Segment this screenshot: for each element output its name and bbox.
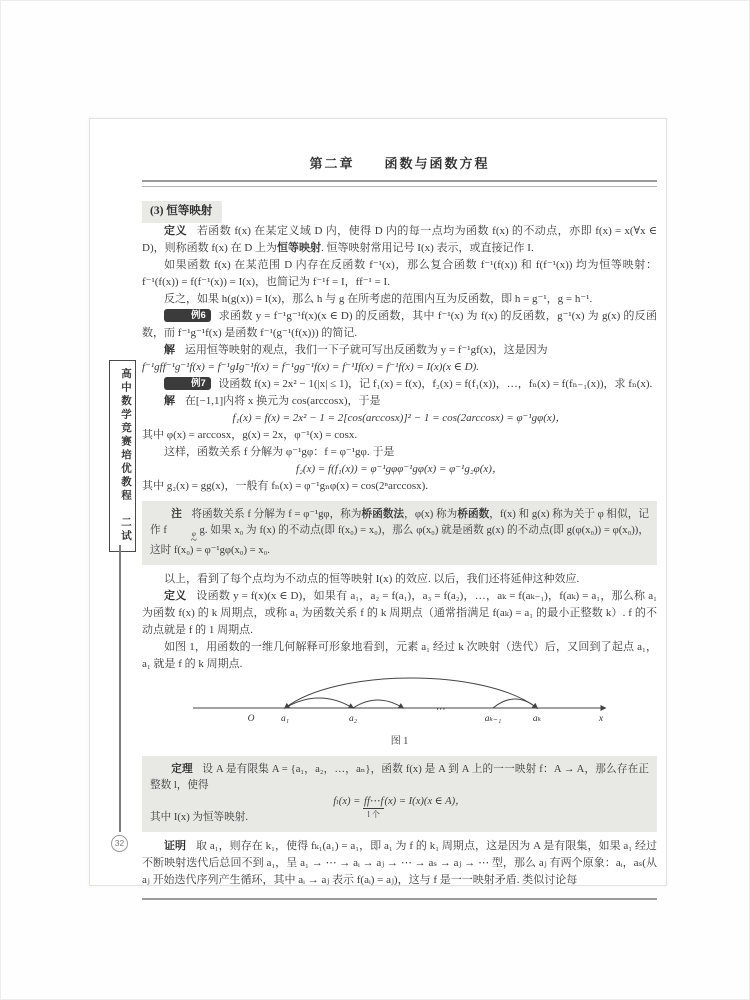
- solution-6-text: 运用恒等映射的观点，我们一下子就可写出反函数为 y = f⁻¹gf(x)，这是因…: [185, 344, 548, 356]
- underbrace-body: ff⋯f: [363, 796, 384, 809]
- underbrace-label: l 个: [368, 810, 380, 819]
- paragraph-inverse-composition: 如果函数 f(x) 在某范围 D 内存在反函数 f⁻¹(x)，那么复合函数 f⁻…: [142, 257, 657, 291]
- solution-label: 解: [164, 344, 175, 356]
- origin-label: O: [247, 714, 254, 724]
- page-content: 第二章 函数与函数方程 (3) 恒等映射 定义若函数 f(x) 在某定义域 D …: [142, 155, 657, 900]
- theorem-formula: fₗ(x) = ff⋯fl 个(x) = I(x)(x ∈ A)，: [150, 794, 649, 810]
- figure-1-number-line: O a₁ a₂ ⋯ aₖ₋₁ aₖ x: [185, 676, 615, 726]
- paragraph-definition-periodic-point: 定义设函数 y = f(x)(x ∈ D)，如果有 a₁，a₂ = f(a₁)，…: [142, 588, 657, 639]
- note-seg2: ，φ(x) 称为: [404, 509, 457, 520]
- example-6-text: 求函数 y = f⁻¹g⁻¹f(x)(x ∈ D) 的反函数，其中 f⁻¹(x)…: [142, 310, 657, 339]
- paragraph-effect: 以上，看到了每个点均为不动点的恒等映射 I(x) 的效应. 以后，我们还将延伸这…: [142, 571, 657, 588]
- arc-a2-forward: [353, 700, 403, 708]
- arc-ak1-to-ak: [493, 699, 537, 708]
- theorem-box: 定理设 A 是有限集 A = {a₁，a₂，…，aₙ}，函数 f(x) 是 A …: [142, 756, 657, 832]
- proof-text: 取 a₁，则存在 k₁，使得 fₖ₁(a₁) = a₁，即 a₁ 为 f 的 k…: [142, 840, 657, 886]
- solution-7-text: 在[−1,1]内将 x 换元为 cos(arccosx)，于是: [185, 395, 381, 407]
- paragraph-example-7: 例7设函数 f(x) = 2x² − 1(|x| ≤ 1)，记 f₁(x) = …: [142, 376, 657, 393]
- underbrace-group: ff⋯fl 个: [363, 794, 384, 810]
- term-identity-mapping: 恒等映射: [277, 242, 321, 254]
- paragraph-definition-identity: 定义若函数 f(x) 在某定义域 D 内，使得 D 内的每一点均为函数 f(x)…: [142, 223, 657, 257]
- point-a1-label: a₁: [280, 714, 288, 724]
- point-ak-minus1-label: aₖ₋₁: [484, 714, 501, 724]
- spine-divider-line: [119, 545, 121, 832]
- ellipsis-label: ⋯: [435, 705, 445, 715]
- paragraph-figure-intro: 如图 1，用函数的一维几何解释可形象地看到，元素 a₁ 经过 k 次映射（迭代）…: [142, 639, 657, 673]
- book-page: 高中数学竞赛培优教程 二试 32 第二章 函数与函数方程 (3) 恒等映射 定义…: [89, 118, 667, 886]
- proof-label: 证明: [164, 840, 186, 852]
- example-6-badge: 例6: [164, 309, 211, 322]
- tilde-phi-symbol: φ~: [170, 531, 197, 543]
- page-number: 32: [111, 835, 128, 852]
- tilde-base: ~: [170, 537, 197, 543]
- x-axis-label: x: [597, 714, 603, 724]
- chapter-running-head: 第二章 函数与函数方程: [142, 155, 657, 172]
- theorem-label: 定理: [171, 764, 193, 775]
- arc-a1-to-a2: [285, 698, 353, 708]
- definition-label: 定义: [164, 225, 187, 237]
- theorem-formula-pre: fₗ(x) =: [333, 796, 363, 807]
- paragraph-converse: 反之，如果 h(g(x)) = I(x)，那么 h 与 g 在所考虑的范围内互为…: [142, 291, 657, 308]
- paragraph-solution-6: 解运用恒等映射的观点，我们一下子就可写出反函数为 y = f⁻¹gf(x)，这是…: [142, 342, 657, 359]
- theorem-statement: 定理设 A 是有限集 A = {a₁，a₂，…，aₙ}，函数 f(x) 是 A …: [150, 762, 649, 794]
- book-spine-label: 高中数学竞赛培优教程 二试: [109, 360, 136, 552]
- screenshot-frame: 高中数学竞赛培优教程 二试 32 第二章 函数与函数方程 (3) 恒等映射 定义…: [0, 0, 750, 1000]
- theorem-text-2: 其中 I(x) 为恒等映射.: [150, 810, 649, 826]
- bottom-rule: [142, 898, 657, 900]
- example-7-text: 设函数 f(x) = 2x² − 1(|x| ≤ 1)，记 f₁(x) = f(…: [218, 378, 652, 390]
- paragraph-solution-7: 解在[−1,1]内将 x 换元为 cos(arccosx)，于是: [142, 393, 657, 410]
- section-heading: (3) 恒等映射: [142, 201, 222, 223]
- paragraph-example-6: 例6求函数 y = f⁻¹g⁻¹f(x)(x ∈ D) 的反函数，其中 f⁻¹(…: [142, 308, 657, 342]
- figure-1-caption: 图 1: [142, 733, 657, 750]
- example-7-badge: 例7: [164, 377, 211, 390]
- note-box: 注将函数关系 f 分解为 f = φ⁻¹gφ，称为桥函数法，φ(x) 称为桥函数…: [142, 501, 657, 565]
- note-paragraph: 注将函数关系 f 分解为 f = φ⁻¹gφ，称为桥函数法，φ(x) 称为桥函数…: [150, 507, 649, 559]
- theorem-formula-post: (x) = I(x)(x ∈ A)，: [384, 796, 465, 807]
- definition-label-2: 定义: [164, 590, 186, 602]
- solution-7-formula-2: f₂(x) = f(f₁(x)) = φ⁻¹gφφ⁻¹gφ(x) = φ⁻¹g₂…: [142, 461, 657, 478]
- figure-1: O a₁ a₂ ⋯ aₖ₋₁ aₖ x: [142, 676, 657, 732]
- solution-7-decompose: 这样，函数关系 f 分解为 φ⁻¹gφ：f = φ⁻¹gφ. 于是: [142, 444, 657, 461]
- point-a2-label: a₂: [348, 714, 357, 724]
- term-bridge-function: 桥函数: [457, 509, 489, 520]
- solution-7-formula-1: f₁(x) = f(x) = 2x² − 1 = 2[cos(arccosx)]…: [142, 410, 657, 427]
- theorem-text-1: 设 A 是有限集 A = {a₁，a₂，…，aₙ}，函数 f(x) 是 A 到 …: [150, 764, 649, 791]
- term-bridge-function-method: 桥函数法: [362, 509, 405, 520]
- note-seg4: g. 如果 x₀ 为 f(x) 的不动点(即 f(x₀) = x₀)，那么 φ(…: [150, 525, 649, 556]
- section-heading-row: (3) 恒等映射: [142, 187, 657, 223]
- definition-text-post: . 恒等映射常用记号 I(x) 表示，或直接记作 I.: [321, 242, 534, 254]
- paragraph-proof: 证明取 a₁，则存在 k₁，使得 fₖ₁(a₁) = a₁，即 a₁ 为 f 的…: [142, 838, 657, 889]
- solution-6-formula: f⁻¹gff⁻¹g⁻¹f(x) = f⁻¹gIg⁻¹f(x) = f⁻¹gg⁻¹…: [142, 359, 657, 376]
- note-seg1: 将函数关系 f 分解为 f = φ⁻¹gφ，称为: [191, 509, 361, 520]
- point-ak-label: aₖ: [532, 714, 541, 724]
- solution-7-where-1: 其中 φ(x) = arccosx，g(x) = 2x，φ⁻¹(x) = cos…: [142, 427, 657, 444]
- header-double-rule: [142, 180, 657, 187]
- solution-7-where-2: 其中 g₂(x) = gg(x)，一般有 fₙ(x) = φ⁻¹gₙφ(x) =…: [142, 478, 657, 495]
- solution-label-2: 解: [164, 395, 175, 407]
- definition-2-text: 设函数 y = f(x)(x ∈ D)，如果有 a₁，a₂ = f(a₁)，a₃…: [142, 590, 657, 636]
- note-label: 注: [171, 509, 182, 520]
